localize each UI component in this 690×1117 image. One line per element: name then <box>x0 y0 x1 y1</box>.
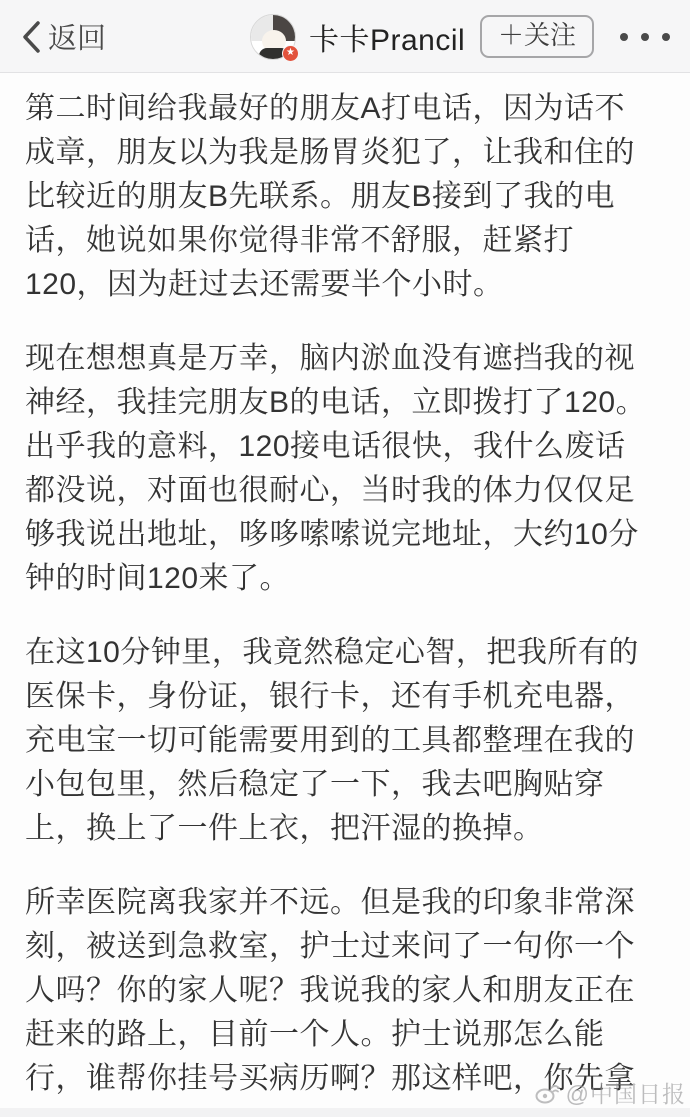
article-paragraph: 现在想想真是万幸，脑内淤血没有遮挡我的视 神经，我挂完朋友B的电话，立即拨打了1… <box>25 337 668 601</box>
article-paragraph: 第二时间给我最好的朋友A打电话，因为话不 成章，朋友以为我是肠胃炎犯了，让我和住… <box>25 87 668 307</box>
ellipsis-dot <box>662 33 670 41</box>
avatar[interactable]: ★ <box>250 14 296 60</box>
verified-star-badge: ★ <box>282 45 299 62</box>
article-paragraph: 在这10分钟里，我竟然稳定心智，把我所有的 医保卡，身份证，银行卡，还有手机充电… <box>25 631 668 851</box>
back-button[interactable]: 返回 <box>20 0 106 73</box>
back-chevron-icon <box>20 20 42 54</box>
ellipsis-dot <box>641 33 649 41</box>
back-label: 返回 <box>48 16 106 57</box>
navbar-right-group: ＋关注 <box>480 0 672 73</box>
article-paragraph: 所幸医院离我家并不远。但是我的印象非常深 刻，被送到急救室，护士过来问了一句你一… <box>25 881 668 1101</box>
bottom-edge-strip <box>0 1108 690 1117</box>
navbar: 返回 ★ 卡卡Prancil ＋关注 <box>0 0 690 73</box>
weibo-article-screen: 返回 ★ 卡卡Prancil ＋关注 第二时间给我最好的朋友A打电话， <box>0 0 690 1117</box>
user-info: ★ 卡卡Prancil <box>250 0 465 73</box>
username[interactable]: 卡卡Prancil <box>309 15 465 59</box>
article-body: 第二时间给我最好的朋友A打电话，因为话不 成章，朋友以为我是肠胃炎犯了，让我和住… <box>0 74 690 1117</box>
follow-button[interactable]: ＋关注 <box>480 15 594 58</box>
more-options-button[interactable] <box>618 25 672 49</box>
ellipsis-dot <box>620 33 628 41</box>
